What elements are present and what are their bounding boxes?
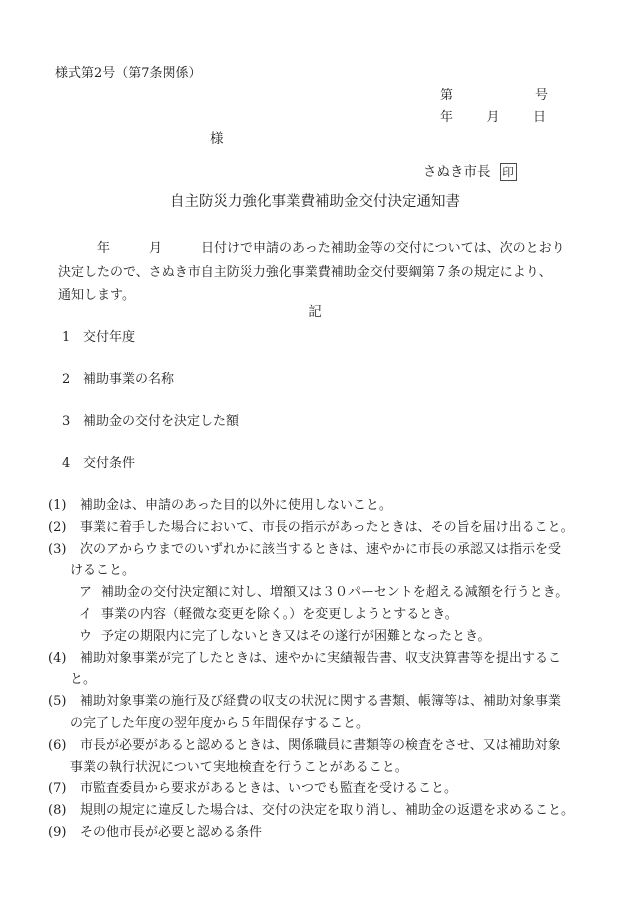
- condition-text: けること。: [70, 560, 630, 582]
- condition-marker: (4): [48, 648, 80, 670]
- doc-number-line: 第 号: [440, 88, 548, 103]
- item-number: 1: [62, 327, 83, 349]
- condition-text: 補助対象事業の施行及び経費の収支の状況に関する書類、帳簿等は、補助対象事業: [80, 691, 630, 713]
- condition-text: 市長が必要があると認めるときは、関係職員に書類等の検査をさせ、又は補助対象: [80, 735, 630, 757]
- condition-line: (4)補助対象事業が完了したときは、速やかに実績報告書、収支決算書等を提出するこ: [0, 648, 630, 670]
- condition-text: 市監査委員から要求があるときは、いつでも監査を受けること。: [80, 778, 630, 800]
- condition-marker: ウ: [79, 626, 101, 648]
- sender-line: さぬき市長 印: [423, 163, 517, 181]
- item-number: 3: [62, 411, 83, 433]
- condition-line: イ事業の内容（軽微な変更を除く。）を変更しようとするとき。: [0, 604, 630, 626]
- item-row: 3補助金の交付を決定した額: [0, 411, 630, 433]
- condition-text: 規則の規定に違反した場合は、交付の決定を取り消し、補助金の返還を求めること。: [80, 800, 630, 822]
- condition-line: (3)次のアからウまでのいずれかに該当するときは、速やかに市長の承認又は指示を受: [0, 539, 630, 561]
- condition-text: その他市長が必要と認める条件: [80, 822, 630, 844]
- condition-line: ア補助金の交付決定額に対し、増額又は３０パーセントを超える減額を行うとき。: [0, 582, 630, 604]
- form-number: 様式第2号（第7条関係）: [55, 66, 202, 81]
- record-marker: 記: [0, 303, 630, 321]
- item-row: 1交付年度: [0, 327, 630, 349]
- items-section: 1交付年度2補助事業の名称3補助金の交付を決定した額4交付条件 (1)補助金は、…: [0, 327, 630, 844]
- condition-text: の完了した年度の翌年度から５年間保存すること。: [70, 713, 630, 735]
- item-row: 4交付条件: [0, 453, 630, 475]
- item-label: 交付年度: [83, 327, 135, 349]
- document-page: 様式第2号（第7条関係） 第 号 年 月 日 様 さぬき市長 印 自主防災力強化…: [0, 0, 630, 915]
- condition-line: 事業の執行状況について実地検査を行うことがあること。: [0, 757, 630, 779]
- condition-marker: (5): [48, 691, 80, 713]
- condition-marker: (6): [48, 735, 80, 757]
- condition-text: 事業に着手した場合において、市長の指示があったときは、その旨を届け出ること。: [80, 517, 630, 539]
- addressee-honorific: 様: [210, 132, 224, 147]
- item-label: 補助事業の名称: [83, 369, 174, 391]
- condition-text: と。: [70, 669, 630, 691]
- item-number: 4: [62, 453, 83, 475]
- document-title: 自主防災力強化事業費補助金交付決定通知書: [0, 192, 630, 212]
- condition-text: 補助対象事業が完了したときは、速やかに実績報告書、収支決算書等を提出するこ: [80, 648, 630, 670]
- condition-marker: (7): [48, 778, 80, 800]
- condition-line: の完了した年度の翌年度から５年間保存すること。: [0, 713, 630, 735]
- condition-line: (6)市長が必要があると認めるときは、関係職員に書類等の検査をさせ、又は補助対象: [0, 735, 630, 757]
- condition-text: 事業の執行状況について実地検査を行うことがあること。: [70, 757, 630, 779]
- condition-text: 補助金は、申請のあった目的以外に使用しないこと。: [80, 495, 630, 517]
- condition-line: (8)規則の規定に違反した場合は、交付の決定を取り消し、補助金の返還を求めること…: [0, 800, 630, 822]
- body-paragraph: 年 月 日付けで申請のあった補助金等の交付については、次のとおり決定したので、さ…: [58, 237, 573, 308]
- sender-title: さぬき市長: [423, 164, 491, 181]
- doc-number-prefix: 第: [440, 88, 453, 103]
- condition-marker: (1): [48, 495, 80, 517]
- item-label: 交付条件: [83, 453, 135, 475]
- body-line: 年 月 日付けで申請のあった補助金等の交付については、次のとおり: [58, 237, 573, 261]
- condition-line: ウ予定の期限内に完了しないとき又はその遂行が困難となったとき。: [0, 626, 630, 648]
- condition-marker: (8): [48, 800, 80, 822]
- conditions-list: (1)補助金は、申請のあった目的以外に使用しないこと。(2)事業に着手した場合に…: [0, 495, 630, 844]
- condition-line: (5)補助対象事業の施行及び経費の収支の状況に関する書類、帳簿等は、補助対象事業: [0, 691, 630, 713]
- item-label: 補助金の交付を決定した額: [83, 411, 239, 433]
- condition-marker: (9): [48, 822, 80, 844]
- condition-line: けること。: [0, 560, 630, 582]
- date-year-label: 年: [440, 110, 453, 125]
- body-line: 決定したので、さぬき市自主防災力強化事業費補助金交付要綱第７条の規定により、: [58, 261, 573, 285]
- item-number: 2: [62, 369, 83, 391]
- numbered-items: 1交付年度2補助事業の名称3補助金の交付を決定した額4交付条件: [0, 327, 630, 475]
- condition-line: (9)その他市長が必要と認める条件: [0, 822, 630, 844]
- condition-marker: ア: [79, 582, 101, 604]
- condition-text: 補助金の交付決定額に対し、増額又は３０パーセントを超える減額を行うとき。: [101, 582, 630, 604]
- condition-marker: (2): [48, 517, 80, 539]
- condition-line: (7)市監査委員から要求があるときは、いつでも監査を受けること。: [0, 778, 630, 800]
- condition-text: 事業の内容（軽微な変更を除く。）を変更しようとするとき。: [101, 604, 630, 626]
- condition-marker: イ: [79, 604, 101, 626]
- item-row: 2補助事業の名称: [0, 369, 630, 391]
- condition-line: (2)事業に着手した場合において、市長の指示があったときは、その旨を届け出ること…: [0, 517, 630, 539]
- date-line: 年 月 日: [440, 110, 546, 125]
- date-day-label: 日: [533, 110, 546, 125]
- doc-number-suffix: 号: [535, 88, 548, 103]
- official-seal: 印: [500, 163, 517, 181]
- condition-text: 予定の期限内に完了しないとき又はその遂行が困難となったとき。: [101, 626, 630, 648]
- date-month-label: 月: [486, 110, 499, 125]
- condition-text: 次のアからウまでのいずれかに該当するときは、速やかに市長の承認又は指示を受: [80, 539, 630, 561]
- condition-line: (1)補助金は、申請のあった目的以外に使用しないこと。: [0, 495, 630, 517]
- condition-line: と。: [0, 669, 630, 691]
- condition-marker: (3): [48, 539, 80, 561]
